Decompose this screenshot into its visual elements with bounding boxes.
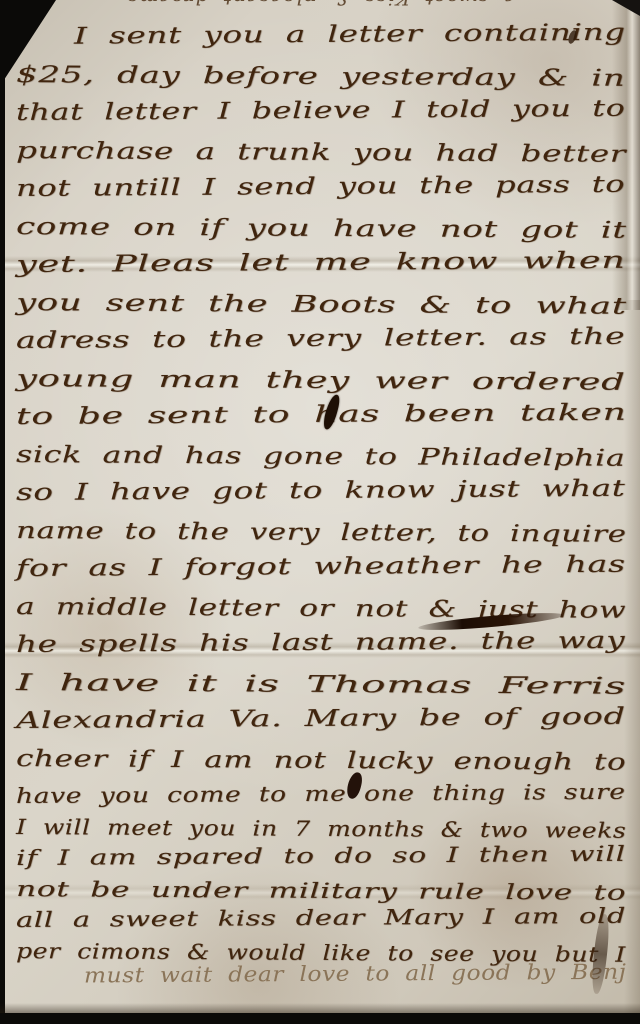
- letter-line-text: cheer if I am not lucky enough to: [16, 746, 626, 776]
- letter-line-text: he spells his last name. the way: [16, 628, 625, 658]
- letter-line: that letter I believe I told you to: [16, 96, 628, 138]
- letter-line-text: have you come to me one thing is sure: [16, 780, 626, 808]
- letter-line-text: you sent the Boots & to what: [16, 290, 627, 320]
- letter-line-text: I sent you a letter containing: [74, 20, 626, 50]
- letter-line: all a sweet kiss dear Mary I am old: [16, 904, 628, 939]
- inverted-text-line: a sweet Kiss & pleasant dreams: [86, 0, 516, 10]
- letter-line-text: so I have got to know just what: [16, 476, 626, 506]
- letter-line: have you come to me one thing is sure: [16, 780, 628, 815]
- letter-line: not untill I send you the pass to: [16, 172, 628, 214]
- letter-line-text: all a sweet kiss dear Mary I am old: [16, 904, 626, 932]
- letter-line-text: sick and has gone to Philadelphia: [16, 442, 625, 472]
- letter-line: I sent you a letter containing: [16, 20, 628, 62]
- letter-line: must wait dear love to all good by Benj: [16, 960, 628, 995]
- letter-line-text: I have it is Thomas Ferris: [16, 670, 626, 700]
- letter-line-text: that letter I believe I told you to: [16, 96, 626, 126]
- letter-line-text: $25, day before yesterday & in: [16, 62, 626, 92]
- letter-line-text: young man they wer ordered: [16, 366, 626, 396]
- letter-line-text: purchase a trunk you had better: [16, 138, 626, 168]
- scan-edge: [0, 1013, 640, 1024]
- letter-line-text: a middle letter or not & just how: [16, 594, 626, 624]
- letter-line: Alexandria Va. Mary be of good: [16, 704, 628, 746]
- scan-edge: [0, 0, 5, 1024]
- letter-line-text: adress to the very letter. as the: [16, 324, 626, 354]
- letter-line: to be sent to has been taken: [16, 400, 628, 442]
- letter-line-text: name to the very letter, to inquire: [16, 518, 627, 548]
- scanned-letter: a sweet Kiss & pleasant dreams I sent yo…: [0, 0, 640, 1024]
- letter-line: if I am spared to do so I then will: [16, 842, 628, 877]
- letter-line: so I have got to know just what: [16, 476, 628, 518]
- letter-line-text: for as I forgot wheather he has: [16, 552, 626, 582]
- letter-line: adress to the very letter. as the: [16, 324, 628, 366]
- letter-line-text: must wait dear love to all good by Benj: [84, 960, 627, 988]
- letter-line-text: not untill I send you the pass to: [16, 172, 626, 202]
- letter-line-text: to be sent to has been taken: [16, 400, 627, 430]
- letter-line-text: Alexandria Va. Mary be of good: [16, 704, 626, 734]
- letter-body: I sent you a letter containing $25, day …: [16, 24, 628, 995]
- letter-line-text: if I am spared to do so I then will: [16, 842, 626, 870]
- letter-line: he spells his last name. the way: [16, 628, 628, 670]
- letter-line-text: yet. Pleas let me know when: [16, 248, 626, 278]
- letter-line-text: I will meet you in 7 months & two weeks: [16, 815, 626, 843]
- letter-line-text: not be under military rule love to: [16, 877, 626, 905]
- letter-line-text: come on if you have not got it: [16, 214, 627, 244]
- letter-line: for as I forgot wheather he has: [16, 552, 628, 594]
- letter-line: yet. Pleas let me know when: [16, 248, 628, 290]
